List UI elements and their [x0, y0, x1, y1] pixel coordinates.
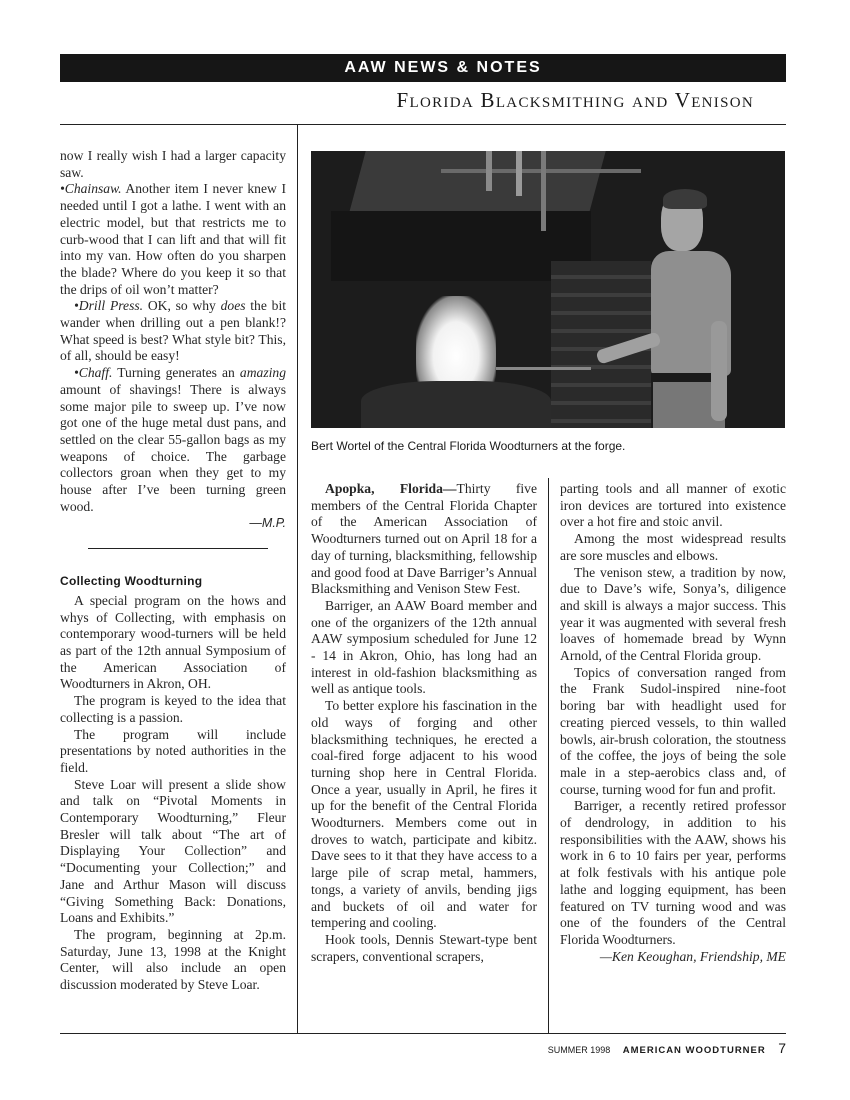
paragraph-chaff: •Chaff. Turning generates an amazing amo…	[60, 365, 286, 515]
column-divider-left	[297, 124, 298, 1033]
magazine-name: AMERICAN WOODTURNER	[623, 1045, 766, 1056]
photo-caption: Bert Wortel of the Central Florida Woodt…	[311, 439, 625, 453]
author-signature: —Ken Keoughan, Friendship, ME	[560, 949, 786, 966]
section-label: AAW NEWS & NOTES	[344, 59, 541, 76]
paragraph: Topics of conversation ranged from the F…	[560, 665, 786, 799]
section-separator	[88, 548, 268, 549]
top-divider	[60, 124, 786, 125]
paragraph-drill-press: •Drill Press. OK, so why does the bit wa…	[60, 298, 286, 365]
left-column: now I really wish I had a larger capacit…	[60, 148, 286, 994]
section-banner: AAW NEWS & NOTES	[60, 54, 786, 82]
paragraph: The program, beginning at 2p.m. Saturday…	[60, 927, 286, 994]
dateline: Apopka, Florida—	[325, 481, 457, 496]
paragraph-chainsaw: •Chainsaw. Another item I never knew I n…	[60, 181, 286, 298]
subheading: Collecting Woodturning	[60, 573, 286, 590]
forge-photo	[311, 151, 785, 428]
bottom-divider	[60, 1033, 786, 1034]
author-signature: —M.P.	[60, 515, 286, 532]
paragraph: The venison stew, a tradition by now, du…	[560, 565, 786, 665]
item-label: •Drill Press.	[74, 298, 143, 313]
paragraph: A special program on the hows and whys o…	[60, 593, 286, 693]
item-label: •Chainsaw.	[60, 181, 122, 196]
lead-paragraph: Apopka, Florida—Thirty five members of t…	[311, 481, 537, 598]
article-title: Florida Blacksmithing and Venison	[397, 88, 754, 113]
paragraph: Among the most widespread results are so…	[560, 531, 786, 564]
page-number: 7	[778, 1040, 786, 1056]
paragraph: To better explore his fascination in the…	[311, 698, 537, 932]
issue-date: SUMMER 1998	[548, 1045, 611, 1055]
paragraph: now I really wish I had a larger capacit…	[60, 148, 286, 181]
paragraph: Steve Loar will present a slide show and…	[60, 777, 286, 927]
item-label: •Chaff.	[74, 365, 112, 380]
paragraph: The program is keyed to the idea that co…	[60, 693, 286, 726]
page-footer: SUMMER 1998 AMERICAN WOODTURNER 7	[548, 1040, 786, 1058]
middle-column: Apopka, Florida—Thirty five members of t…	[311, 481, 537, 965]
column-divider-right	[548, 478, 549, 1033]
right-column: parting tools and all manner of exotic i…	[560, 481, 786, 965]
paragraph: Barriger, an AAW Board member and one of…	[311, 598, 537, 698]
paragraph: parting tools and all manner of exotic i…	[560, 481, 786, 531]
paragraph: The program will include presentations b…	[60, 727, 286, 777]
paragraph: Barriger, a recently retired professor o…	[560, 798, 786, 948]
paragraph: Hook tools, Dennis Stewart-type bent scr…	[311, 932, 537, 965]
